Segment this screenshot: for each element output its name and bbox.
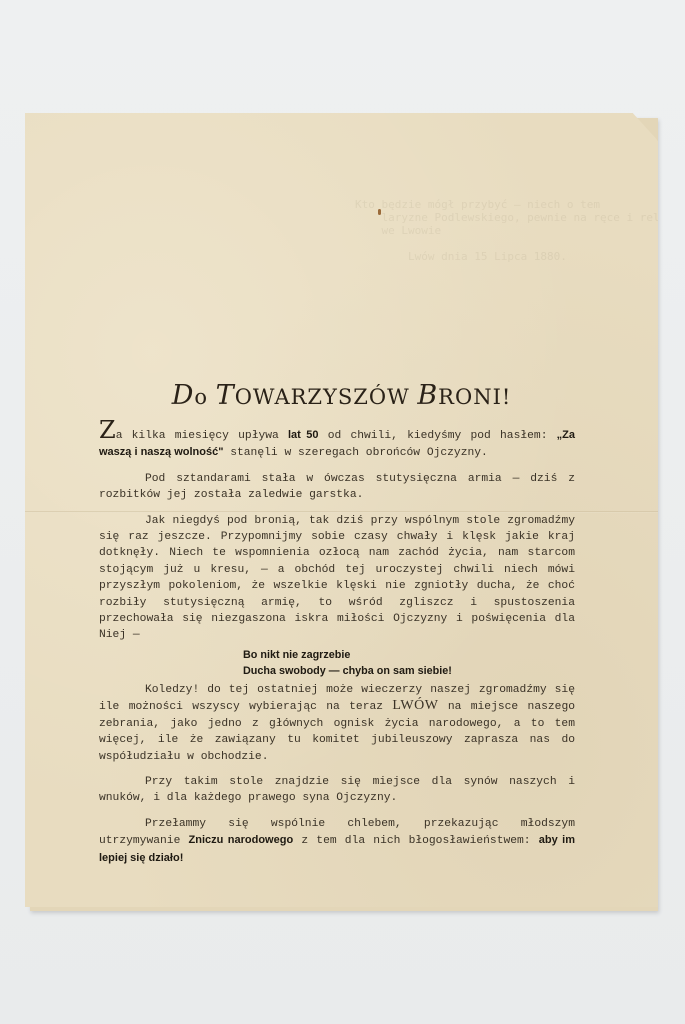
drop-cap: Z <box>99 416 116 444</box>
verse-quote: Bo nikt nie zagrzebie Ducha swobody — ch… <box>243 647 575 679</box>
paragraph-1: Za kilka miesięcy upływa lat 50 od chwil… <box>99 425 575 462</box>
paragraph-2: Pod sztandarami stała w ówczas stutysięc… <box>99 471 575 504</box>
document-body: Za kilka miesięcy upływa lat 50 od chwil… <box>99 425 575 876</box>
paragraph-3: Jak niegdyś pod bronią, tak dziś przy ws… <box>99 513 575 644</box>
emphasis-flame: Zniczu narodowego <box>189 834 294 846</box>
emphasis-years: lat 50 <box>288 429 319 441</box>
verse-line-1: Bo nikt nie zagrzebie <box>243 647 575 663</box>
document-sheet: Kto będzie mógł przybyć — niech o tem la… <box>25 113 658 907</box>
paragraph-6: Przełammy się wspólnie chlebem, przekazu… <box>99 816 575 867</box>
show-through-text: Kto będzie mógł przybyć — niech o tem la… <box>355 198 658 263</box>
verse-line-2: Ducha swobody — chyba on sam siebie! <box>243 663 575 679</box>
paragraph-5: Przy takim stole znajdzie się miejsce dl… <box>99 774 575 807</box>
page-title: Do TOWARZYSZÓW BRONI! <box>25 380 658 411</box>
emphasis-city: LWÓW <box>392 698 438 713</box>
paragraph-4: Koledzy! do tej ostatniej może wieczerzy… <box>99 682 575 765</box>
